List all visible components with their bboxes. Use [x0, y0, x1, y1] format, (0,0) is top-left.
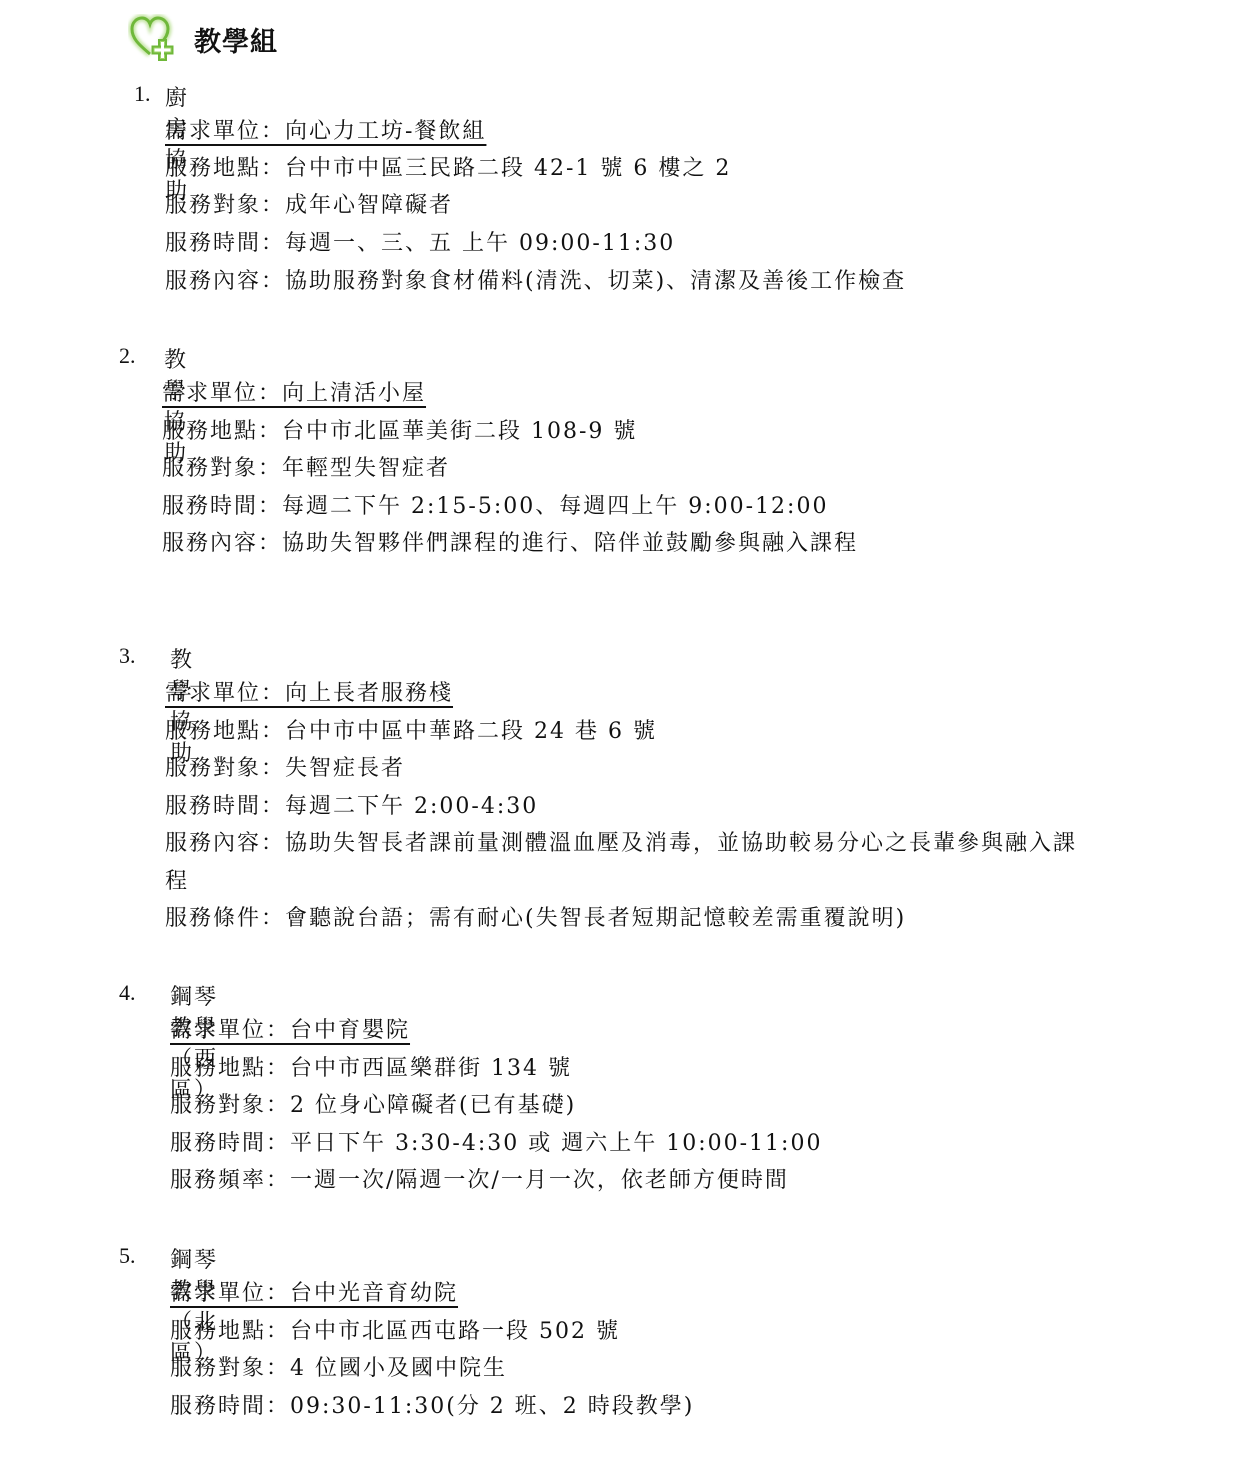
- service-location: 服務地點：台中市中區三民路二段 42-1 號 6 樓之 2: [165, 154, 731, 184]
- service-location: 服務地點：台中市北區西屯路一段 502 號: [170, 1317, 620, 1347]
- requesting-unit: 需求單位：向心力工坊-餐飲組: [165, 117, 486, 147]
- service-target: 服務對象：4 位國小及國中院生: [170, 1354, 507, 1384]
- service-location: 服務地點：台中市西區樂群街 134 號: [170, 1054, 572, 1084]
- page-header: 教學組: [128, 14, 278, 64]
- service-target: 服務對象：年輕型失智症者: [162, 454, 450, 484]
- service-content-continued: 程: [165, 867, 189, 897]
- heart-plus-icon: [128, 14, 180, 64]
- service-location: 服務地點：台中市中區中華路二段 24 巷 6 號: [165, 717, 657, 747]
- service-content: 服務內容：協助服務對象食材備料(清洗、切菜)、清潔及善後工作檢查: [165, 267, 906, 297]
- service-target: 服務對象：失智症長者: [165, 754, 405, 784]
- requesting-unit: 需求單位：台中育嬰院: [170, 1016, 410, 1046]
- service-content: 服務內容：協助失智夥伴們課程的進行、陪伴並鼓勵參與融入課程: [162, 529, 858, 559]
- service-content: 服務內容：協助失智長者課前量測體溫血壓及消毒，並協助較易分心之長輩參與融入課: [165, 829, 1077, 859]
- service-time: 服務時間：平日下午 3:30-4:30 或 週六上午 10:00-11:00: [170, 1129, 822, 1159]
- requesting-unit: 需求單位：向上長者服務棧: [165, 679, 453, 709]
- section-number: 2.: [119, 343, 136, 369]
- service-requirements: 服務條件：會聽說台語；需有耐心(失智長者短期記憶較差需重覆說明): [165, 904, 906, 934]
- service-location: 服務地點：台中市北區華美街二段 108-9 號: [162, 417, 637, 447]
- service-target: 服務對象：成年心智障礙者: [165, 191, 453, 221]
- page-title: 教學組: [194, 20, 278, 59]
- section-number: 3.: [119, 643, 136, 669]
- service-time: 服務時間：09:30-11:30(分 2 班、2 時段教學): [170, 1392, 694, 1422]
- section-number: 4.: [119, 980, 136, 1006]
- service-target: 服務對象：2 位身心障礙者(已有基礎): [170, 1091, 576, 1121]
- requesting-unit: 需求單位：向上清活小屋: [162, 379, 426, 409]
- service-time: 服務時間：每週二下午 2:15-5:00、每週四上午 9:00-12:00: [162, 492, 828, 522]
- section-number: 5.: [119, 1243, 136, 1269]
- service-time: 服務時間：每週二下午 2:00-4:30: [165, 792, 538, 822]
- section-number: 1.: [134, 81, 151, 107]
- requesting-unit: 需求單位：台中光音育幼院: [170, 1279, 458, 1309]
- service-frequency: 服務頻率：一週一次/隔週一次/一月一次，依老師方便時間: [170, 1166, 789, 1196]
- service-time: 服務時間：每週一、三、五 上午 09:00-11:30: [165, 229, 675, 259]
